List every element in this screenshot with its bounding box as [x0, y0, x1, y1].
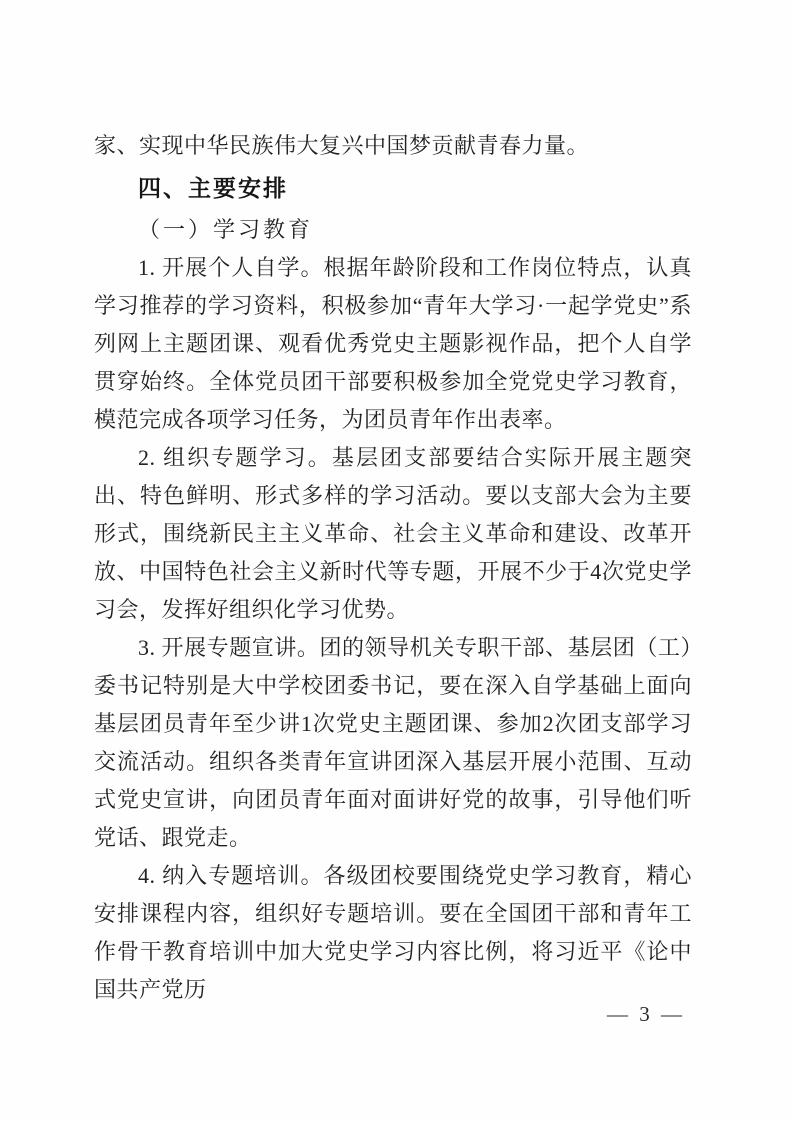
paragraph-item-4: 4. 纳入专题培训。各级团校要围绕党史学习教育，精心安排课程内容，组织好专题培训… [94, 857, 692, 1009]
section-heading: 四、主要安排 [94, 169, 692, 207]
paragraph-continuation: 家、实现中华民族伟大复兴中国梦贡献青春力量。 [94, 127, 692, 165]
document-page: 家、实现中华民族伟大复兴中国梦贡献青春力量。 四、主要安排 （一）学习教育 1.… [0, 0, 793, 1122]
paragraph-item-2: 2. 组织专题学习。基层团支部要结合实际开展主题突出、特色鲜明、形式多样的学习活… [94, 439, 692, 629]
document-body: 家、实现中华民族伟大复兴中国梦贡献青春力量。 四、主要安排 （一）学习教育 1.… [94, 127, 692, 1009]
paragraph-item-3: 3. 开展专题宣讲。团的领导机关专职干部、基层团（工）委书记特别是大中学校团委书… [94, 629, 692, 857]
paragraph-item-1: 1. 开展个人自学。根据年龄阶段和工作岗位特点，认真学习推荐的学习资料，积极参加… [94, 249, 692, 439]
subsection-heading: （一）学习教育 [94, 211, 692, 249]
page-number: — 3 — [607, 1002, 685, 1026]
